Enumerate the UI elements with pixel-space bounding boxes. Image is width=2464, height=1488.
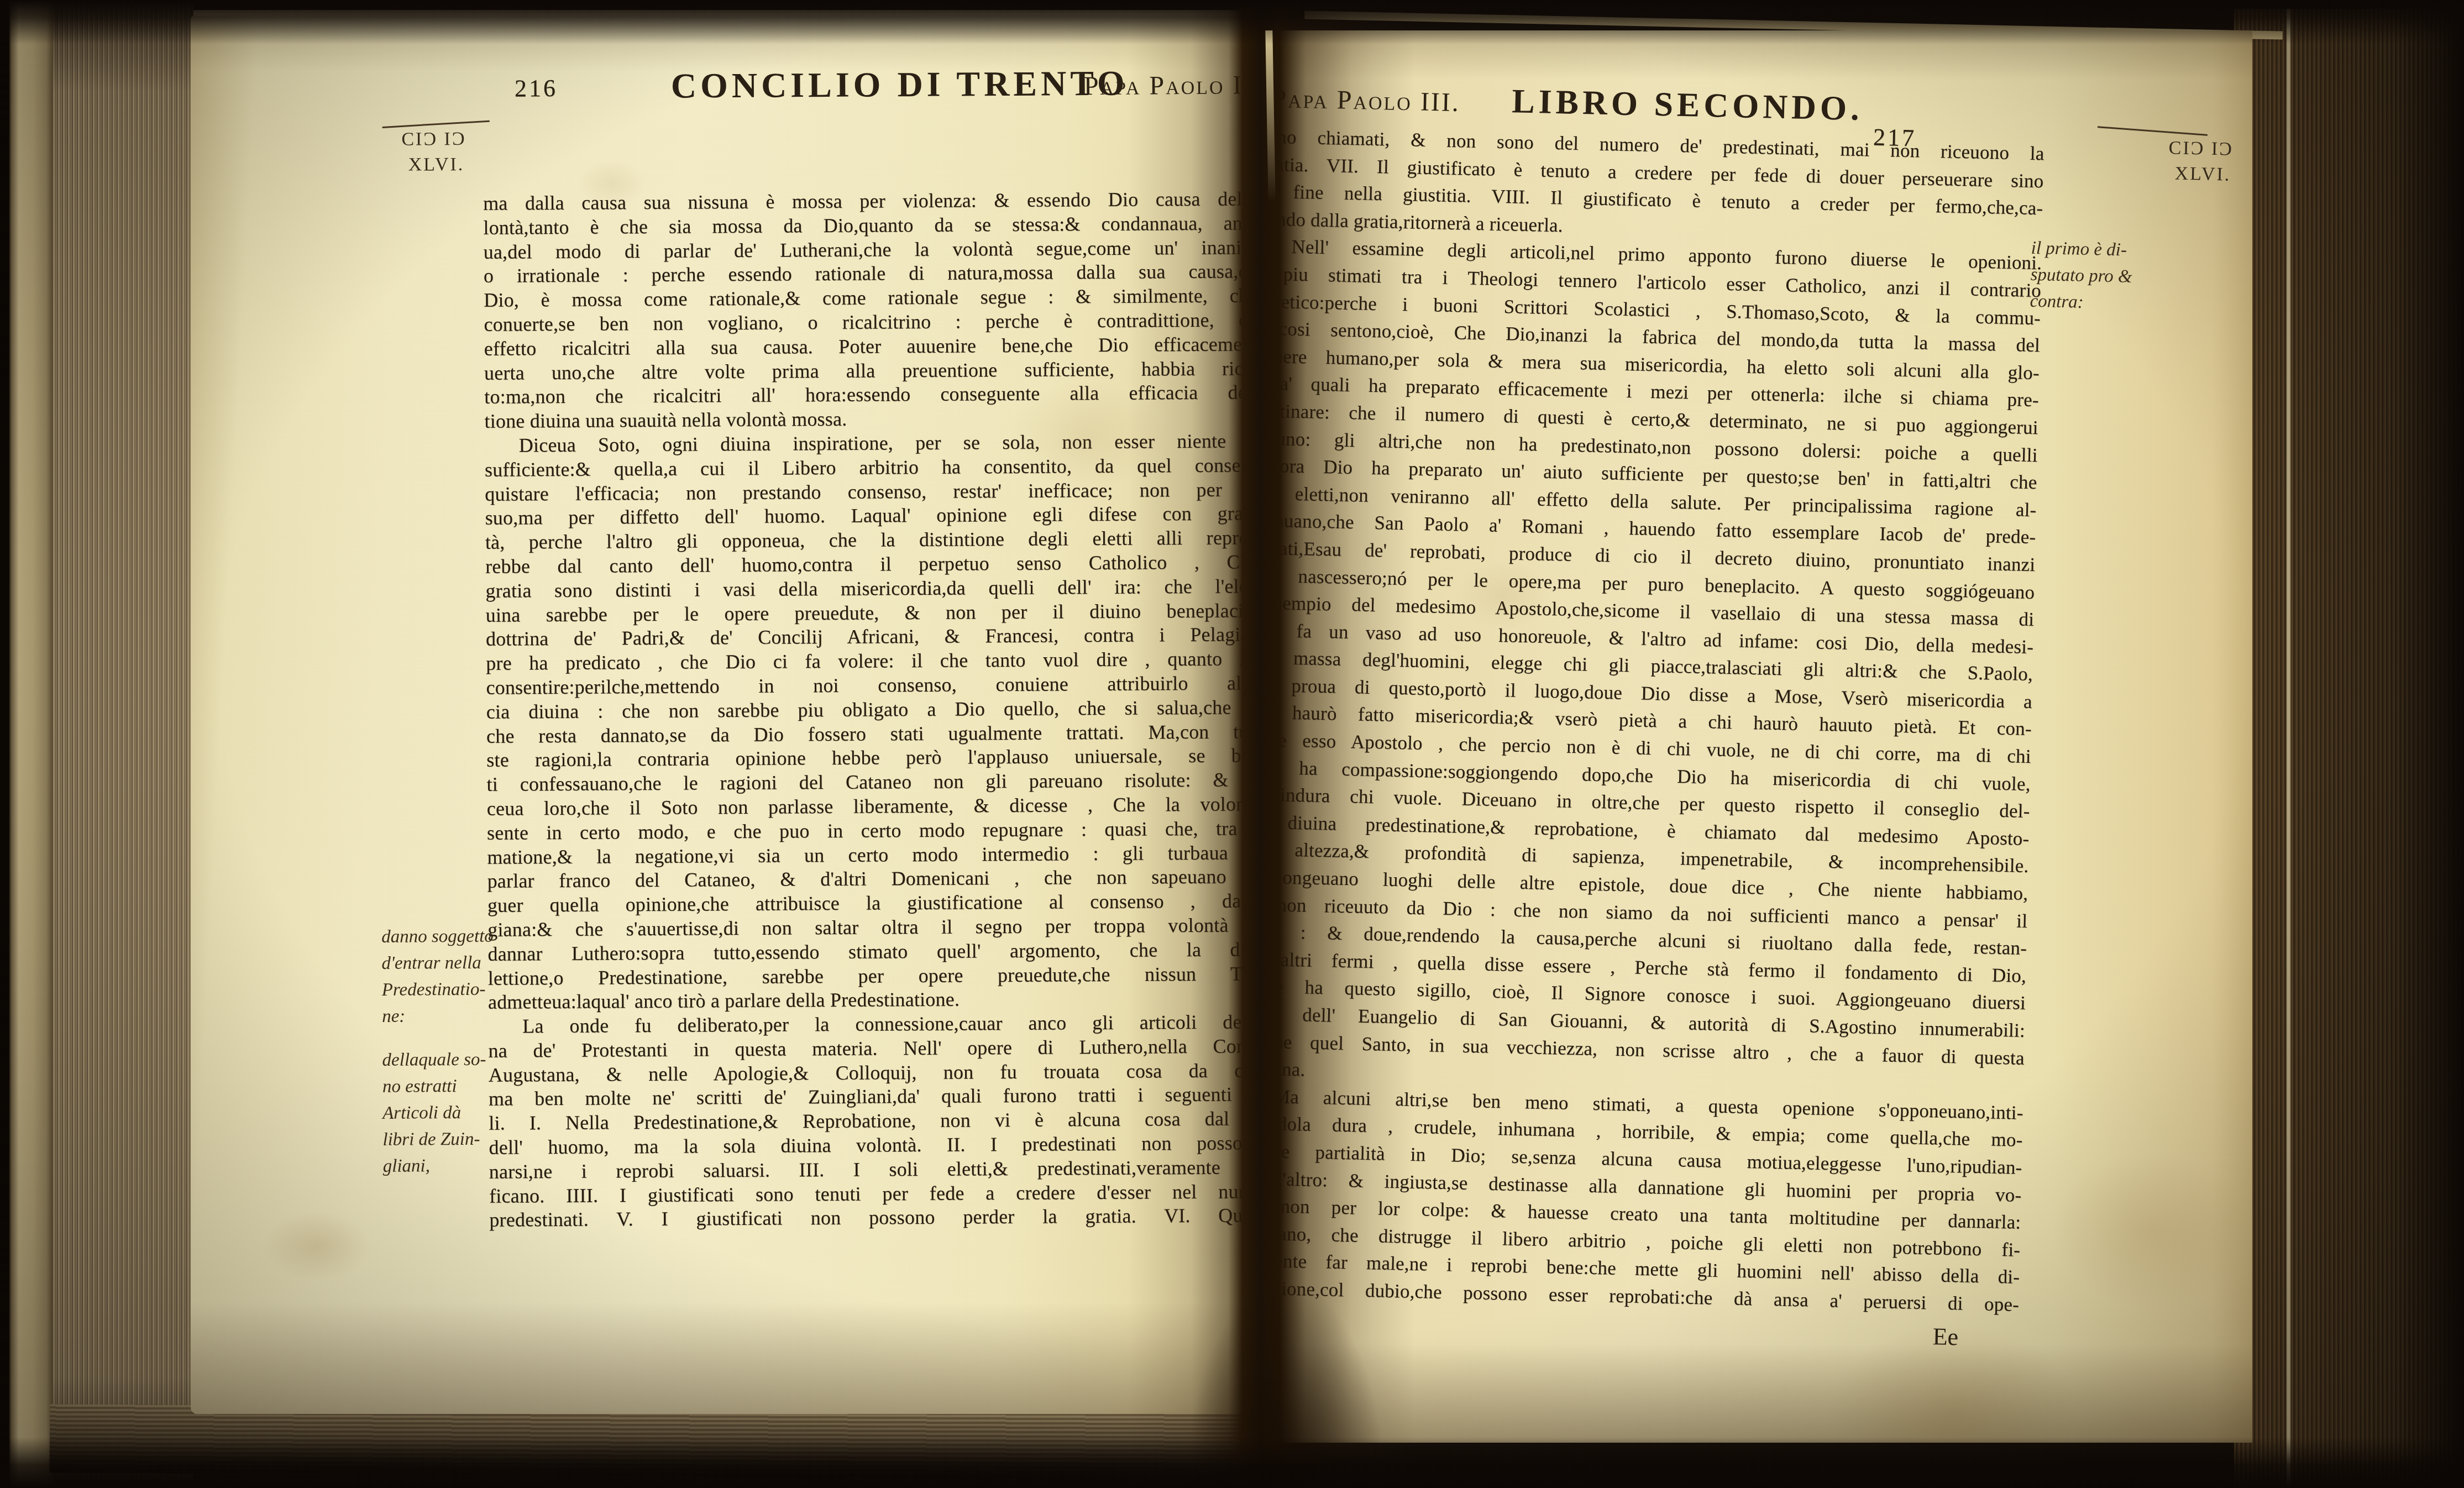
margin-note-line: no estratti [382,1072,526,1100]
text-line: ceua loro,che il Soto non parlasse liber… [487,792,1244,821]
paragraph: Ma alcuni altri,se ben meno stimati, a q… [1254,1082,2023,1319]
left-margin-rule [382,120,490,128]
margin-note-line: ne: [382,1002,526,1030]
left-page-content: 216 CONCILIO DI TRENTO Papa Paolo III. C… [191,15,1244,1414]
margin-note-line: danno soggetto [381,923,525,950]
margin-note-line: sputato pro & [2030,261,2185,291]
text-line: sufficiente:& quella,a cui il Libero arb… [485,453,1244,482]
text-line: dannar Luthero:sopra tutto,essendo stima… [487,937,1244,966]
margin-note-line: libri de Zuin- [382,1125,526,1153]
text-line: to:ma,non che ricalcitri all' hora:essen… [484,381,1244,410]
right-margin-year-line2: XLVI. [2174,163,2231,185]
margin-note-line: Predestinatio- [382,976,526,1003]
left-running-header-side: Papa Paolo III. [1084,70,1244,101]
text-line: sente in certo modo, e che puo in certo … [487,816,1244,845]
right-margin-rule [2098,126,2208,136]
margin-note-line: dellaquale so- [382,1046,526,1073]
text-line: na de' Protestanti in questa materia. Ne… [488,1034,1244,1063]
text-line: narsi,ne i reprobi saluarsi. III. I soli… [489,1155,1244,1184]
left-margin-note-predestination: danno soggettod'entrar nellaPredestinati… [381,923,526,1030]
margin-note-line: contra: [2030,288,2185,318]
right-margin-note-disputed-pro-contra: il primo è di-sputato pro &contra: [2030,235,2186,318]
paragraph: Nell' essamine degli articoli,nel primo … [1254,233,2042,1099]
left-margin-year-line2: XLVI. [408,154,465,176]
right-page: Papa Paolo III. LIBRO SECONDO. 217 CIƆ I… [1254,30,2252,1443]
margin-note-line: gliani, [383,1152,527,1180]
left-body-text: ma dalla causa sua nissuna è mossa per v… [483,187,1244,1233]
right-running-header-side: Papa Paolo III. [1271,83,1461,118]
paragraph: Diceua Soto, ogni diuina inspiratione, p… [485,429,1244,1015]
paragraph: sono chiamati, & non sono del numero de'… [1257,123,2044,249]
text-line: gratia sono distinti i vasi della miseri… [485,574,1244,603]
left-cover-board [0,0,55,1488]
right-page-content: Papa Paolo III. LIBRO SECONDO. 217 CIƆ I… [1254,30,2252,1443]
right-fore-edge-page-stack [2234,9,2464,1488]
left-margin-note-zwinglian-articles: dellaquale so-no estrattiArticoli dàlibr… [382,1046,526,1180]
text-line: cia diuina : che non sarebbe piu obligat… [486,695,1244,724]
left-running-header: CONCILIO DI TRENTO [671,63,1129,107]
text-line: lettione,o Predestinatione, sarebbe per … [488,962,1244,991]
margin-note-line: d'entrar nella [381,949,525,977]
book-spread-photo: 216 CONCILIO DI TRENTO Papa Paolo III. C… [0,0,2464,1488]
text-line: giana:& che s'auuertisse,di non saltar o… [487,913,1244,942]
left-margin-year-line1: CIƆ IƆ [401,129,466,150]
left-fore-edge-page-stack [53,3,193,1480]
margin-note-line: Articoli dà [382,1099,526,1127]
paragraph: ma dalla causa sua nissuna è mossa per v… [483,187,1244,434]
margin-note-line: il primo è di- [2031,235,2186,265]
text-line: predestinati. V. I giustificati non poss… [489,1204,1244,1233]
bottom-page-edges [50,1404,1250,1481]
right-running-header: LIBRO SECONDO. [1512,82,1864,129]
text-line: effetto ricalcitri alla sua causa. Poter… [484,332,1244,361]
right-margin-year-line1: CIƆ IƆ [2168,138,2234,160]
left-page: 216 CONCILIO DI TRENTO Papa Paolo III. C… [191,15,1244,1414]
paragraph: La onde fu deliberato,per la connessione… [488,1010,1244,1233]
text-line: lontà,tanto è che sia mossa da Dio,quant… [483,211,1244,240]
catchword-signature: Ee [1932,1322,1959,1351]
left-folio-number: 216 [515,74,558,102]
right-body-text: sono chiamati, & non sono del numero de'… [1254,123,2044,1318]
